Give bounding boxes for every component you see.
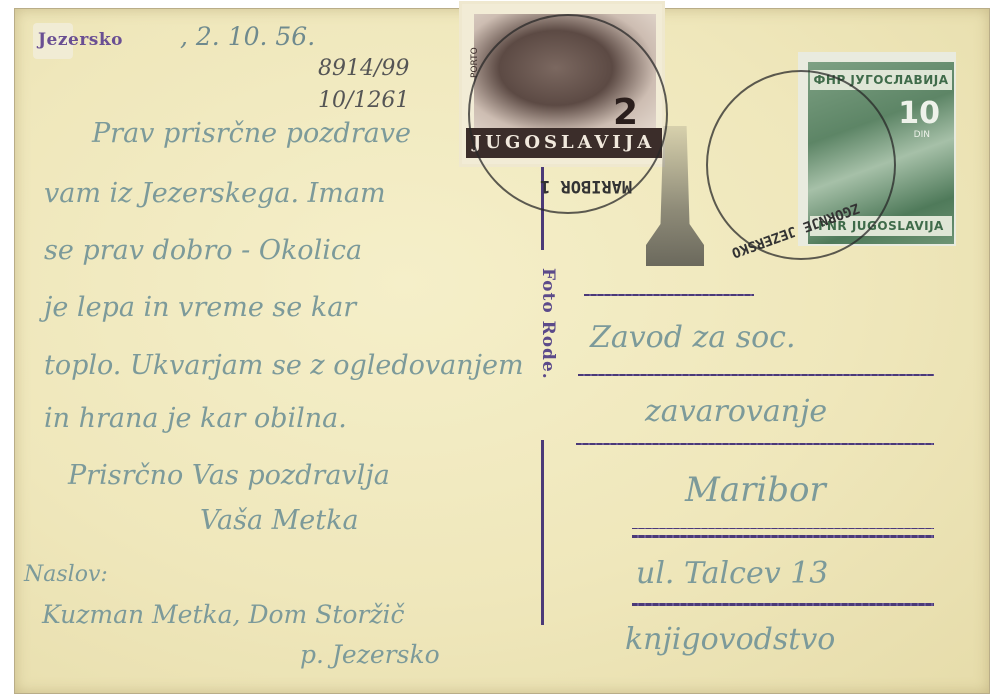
recipient-line5: knjigovodstvo (625, 622, 835, 657)
message-line: je lepa in vreme se kar (44, 292, 356, 323)
message-line: in hrana je kar obilna. (44, 403, 347, 434)
publisher-imprint: Foto Rode. (538, 268, 558, 428)
divider-line-bottom (541, 440, 544, 625)
address-rule-2 (576, 443, 934, 445)
recipient-line1: Zavod za soc. (590, 320, 796, 355)
message-line: se prav dobro - Okolica (44, 235, 362, 266)
address-rule-0 (584, 294, 754, 296)
message-line: vam iz Jezerskega. Imam (44, 178, 386, 209)
stamp-value: 10 (898, 96, 940, 131)
address-rule-3b (632, 535, 934, 538)
origin-rubber-stamp: Jezersko (38, 30, 123, 50)
recipient-line2: zavarovanje (645, 394, 827, 429)
stamp-unit: DIN (914, 130, 930, 140)
postmark-text: MARIBOR 1 (540, 176, 632, 196)
reference-number-1: 8914/99 (318, 56, 409, 81)
message-line: toplo. Ukvarjam se z ogledovanjem (44, 350, 524, 381)
postmark-zgornje-jezersko: ZGORNJE JEZERSKO (706, 70, 896, 260)
address-rule-4 (632, 603, 934, 606)
sender-address-line1: Kuzman Metka, Dom Storžič (42, 600, 405, 629)
message-line: Prav prisrčne pozdrave (92, 118, 411, 149)
signature: Vaša Metka (200, 505, 359, 536)
address-rule-3a (632, 528, 934, 529)
sender-address-label: Naslov: (24, 562, 108, 587)
recipient-line3: Maribor (685, 470, 826, 510)
sender-address-line2: p. Jezersko (300, 640, 440, 669)
recipient-line4: ul. Talcev 13 (636, 556, 828, 591)
postmark-maribor: MARIBOR 1 (468, 14, 668, 214)
date-handwritten: , 2. 10. 56. (180, 22, 315, 51)
message-line: Prisrčno Vas pozdravlja (68, 460, 390, 491)
address-rule-1 (578, 374, 934, 376)
reference-number-2: 10/1261 (318, 88, 409, 113)
